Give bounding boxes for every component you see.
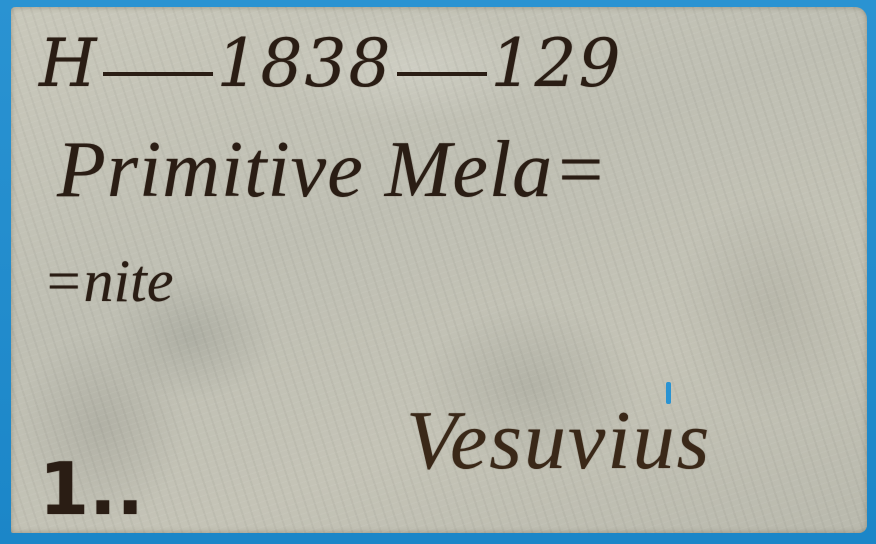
catalog-header: H1838129: [39, 25, 623, 102]
catalog-year: 1838: [217, 25, 393, 102]
specimen-label: H1838129 Primitive Mela= =nite 1.. Vesuv…: [11, 7, 867, 533]
catalog-prefix: H: [39, 25, 99, 102]
dash: [397, 72, 487, 76]
catalog-number: 129: [491, 25, 623, 102]
quantity-mark: 1..: [39, 447, 144, 531]
specimen-name-line1: Primitive Mela=: [57, 125, 608, 216]
specimen-name-line2: =nite: [43, 247, 173, 316]
dash: [103, 72, 213, 76]
paper-hole: [666, 382, 671, 404]
locality: Vesuvius: [406, 392, 711, 489]
